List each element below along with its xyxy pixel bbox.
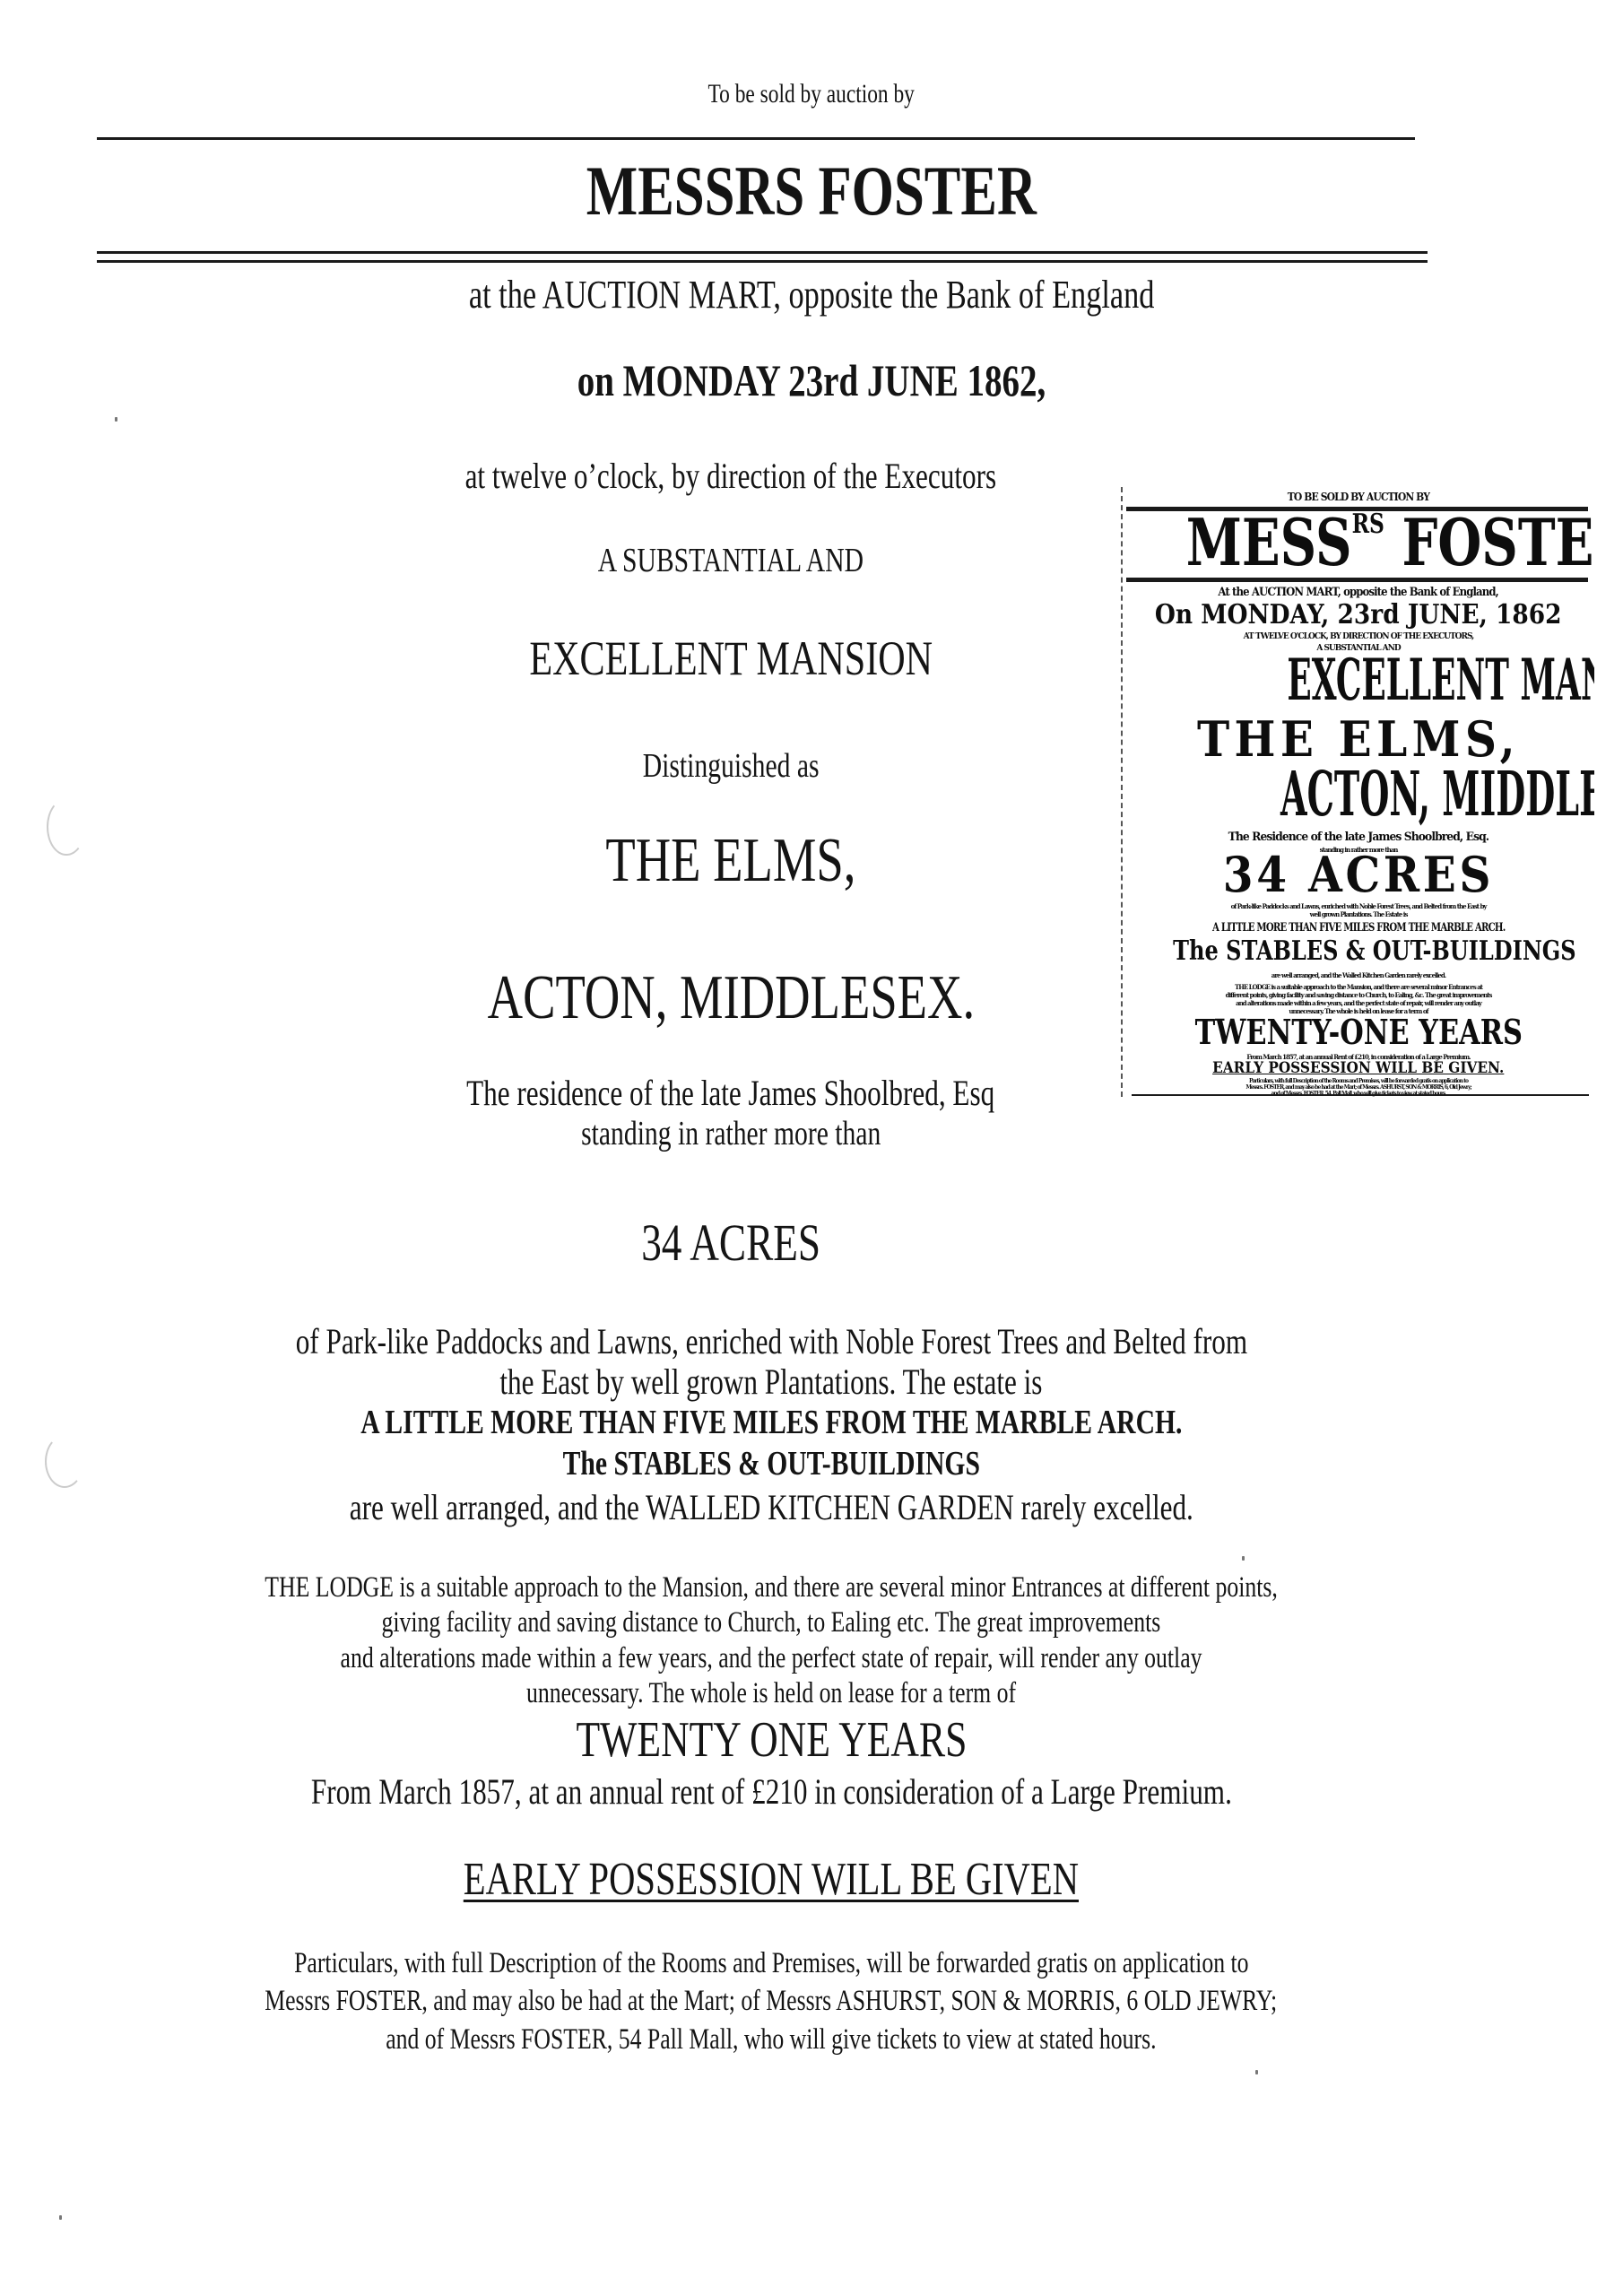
clipping-body: are well arranged, and the Walled Kitche… xyxy=(1123,971,1594,979)
clipping-acreage: 34 ACRES xyxy=(1123,848,1594,901)
clipping-body: well grown Plantations. The Estate is xyxy=(1123,910,1594,918)
auctioneer-heading: MESSRS FOSTER xyxy=(0,151,1623,231)
clipping-body: different points, giving facility and sa… xyxy=(1123,991,1594,999)
newspaper-clipping: TO BE SOLD BY AUCTION BY MESSRS FOSTER A… xyxy=(1121,487,1594,1097)
date-line: on MONDAY 23rd JUNE 1862, xyxy=(0,354,1623,406)
double-rule-top xyxy=(97,251,1428,254)
paragraph1-line: of Park-like Paddocks and Lawns, enriche… xyxy=(0,1320,1583,1362)
intro-line: To be sold by auction by xyxy=(0,79,1623,109)
clipping-residence: The Residence of the late James Shoolbre… xyxy=(1123,831,1594,844)
scan-speck xyxy=(59,2215,62,2220)
clipping-time: AT TWELVE O'CLOCK, BY DIRECTION OF THE E… xyxy=(1123,632,1594,641)
paragraph2-line: giving facility and saving distance to C… xyxy=(0,1606,1583,1639)
standing-line: standing in rather more than xyxy=(0,1114,1542,1153)
paragraph2-line: THE LODGE is a suitable approach to the … xyxy=(0,1571,1583,1605)
clipping-location: ACTON, MIDDLESEX xyxy=(1123,761,1594,829)
clipping-intro: TO BE SOLD BY AUCTION BY xyxy=(1123,491,1594,503)
scan-speck xyxy=(1255,2070,1258,2074)
particulars-line: Messrs FOSTER, and may also be had at th… xyxy=(0,1985,1583,2018)
double-rule-bottom xyxy=(97,260,1428,263)
clipping-body: THE LODGE is a suitable approach to the … xyxy=(1123,983,1594,991)
clipping-rule-foot xyxy=(1132,1094,1589,1096)
paragraph1-line: The STABLES & OUT-BUILDINGS xyxy=(0,1444,1583,1483)
clipping-footer: Particulars, with full Description of th… xyxy=(1123,1078,1594,1084)
paragraph1-line: A LITTLE MORE THAN FIVE MILES FROM THE M… xyxy=(0,1403,1583,1442)
clipping-rule-bottom xyxy=(1126,578,1588,582)
clipping-venue: At the AUCTION MART, opposite the Bank o… xyxy=(1123,586,1594,599)
acreage-heading: 34 ACRES xyxy=(0,1213,1542,1273)
paragraph1-line: are well arranged, and the WALLED KITCHE… xyxy=(0,1486,1583,1528)
clipping-footer: Messrs. FOSTER, and may also be had at t… xyxy=(1123,1084,1594,1091)
paragraph1-line: the East by well grown Plantations. The … xyxy=(0,1361,1583,1403)
clipping-body: and alterations made within a few years,… xyxy=(1123,999,1594,1007)
clipping-stables: The STABLES & OUT-BUILDINGS xyxy=(1123,935,1594,967)
clipping-date: On MONDAY, 23rd JUNE, 1862 xyxy=(1123,599,1594,631)
venue-line: at the AUCTION MART, opposite the Bank o… xyxy=(0,272,1623,317)
possession-heading: EARLY POSSESSION WILL BE GIVEN xyxy=(0,1853,1583,1906)
term-heading: TWENTY ONE YEARS xyxy=(0,1711,1583,1769)
scan-speck xyxy=(1242,1556,1245,1561)
rent-line: From March 1857, at an annual rent of £2… xyxy=(0,1770,1583,1813)
clipping-term: TWENTY-ONE YEARS xyxy=(1123,1012,1594,1053)
scan-speck xyxy=(115,417,117,422)
paragraph2-line: unnecessary. The whole is held on lease … xyxy=(0,1677,1583,1710)
clipping-body: of Park-like Paddocks and Lawns, enriche… xyxy=(1123,902,1594,910)
paragraph2-line: and alterations made within a few years,… xyxy=(0,1642,1583,1675)
particulars-line: and of Messrs FOSTER, 54 Pall Mall, who … xyxy=(0,2023,1583,2057)
top-rule xyxy=(97,137,1415,140)
particulars-line: Particulars, with full Description of th… xyxy=(0,1947,1583,1980)
clipping-descriptor2: EXCELLENT MANSION xyxy=(1123,648,1594,713)
clipping-auctioneer: MESSRS FOSTER xyxy=(1123,507,1594,578)
clipping-miles: A LITTLE MORE THAN FIVE MILES FROM THE M… xyxy=(1123,921,1594,935)
clipping-possession: EARLY POSSESSION WILL BE GIVEN. xyxy=(1123,1059,1594,1077)
